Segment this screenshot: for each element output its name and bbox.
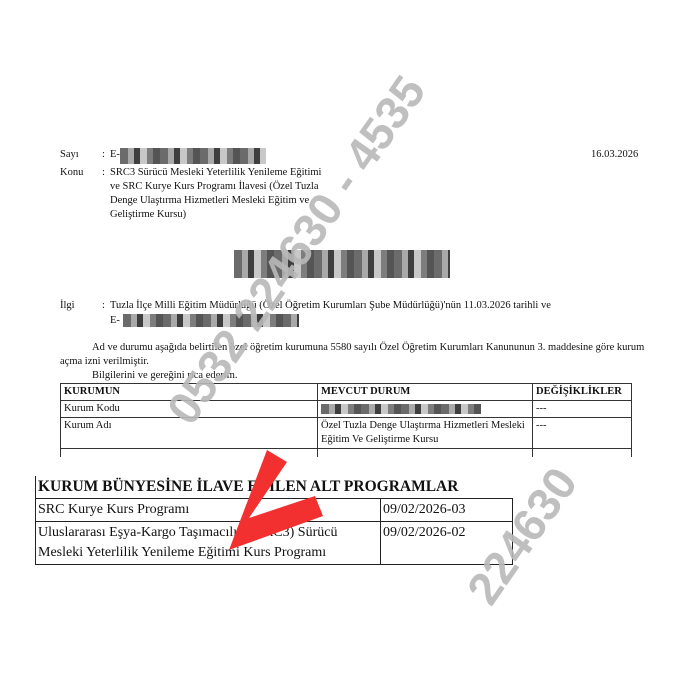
ilgi-label: İlgi: [60, 299, 102, 328]
ilgi-text: Tuzla İlçe Milli Eğitim Müdürlüğü (Özel …: [110, 299, 551, 313]
closing-paragraph: Bilgilerini ve gereğini rica ederim.: [60, 369, 650, 383]
sub-programs-title: KURUM BÜNYESİNE İLAVE EDİLEN ALT PROGRAM…: [35, 476, 516, 498]
sayi-prefix: E-: [110, 148, 120, 164]
table-row: Uluslararası Eşya-Kargo Taşımacılığı (SR…: [36, 522, 513, 565]
table-row: Kurum Kodu ---: [61, 401, 632, 418]
program-name: Uluslararası Eşya-Kargo Taşımacılığı (SR…: [36, 522, 381, 565]
document-page: Sayı : E- 16.03.2026 Konu : SRC3 Sürücü …: [0, 0, 700, 700]
program-name: SRC Kurye Kurs Programı: [36, 499, 381, 522]
program-code: 09/02/2026-02: [381, 522, 513, 565]
crop-separator: [40, 457, 670, 469]
table-header-row: KURUMUN MEVCUT DURUM DEĞİŞİKLİKLER: [61, 384, 632, 401]
body-paragraph: Ad ve durumu aşağıda belirtilen özel öğr…: [60, 341, 650, 369]
program-code: 09/02/2026-03: [381, 499, 513, 522]
ilgi-ref-prefix: E-: [110, 315, 120, 326]
sub-programs-table: SRC Kurye Kurs Programı 09/02/2026-03 Ul…: [35, 498, 513, 565]
sayi-row: Sayı : E-: [60, 148, 266, 164]
sayi-label: Sayı: [60, 148, 102, 164]
kurum-kodu-redacted: [321, 404, 481, 414]
konu-row: Konu : SRC3 Sürücü Mesleki Yeterlilik Ye…: [60, 166, 321, 222]
recipient-redacted: [234, 250, 450, 278]
sayi-redacted-value: [120, 148, 266, 164]
table-row: SRC Kurye Kurs Programı 09/02/2026-03: [36, 499, 513, 522]
ilgi-ref-redacted: [123, 314, 299, 327]
konu-text: SRC3 Sürücü Mesleki Yeterlilik Yenileme …: [110, 166, 321, 222]
institution-table: KURUMUN MEVCUT DURUM DEĞİŞİKLİKLER Kurum…: [60, 383, 632, 466]
document-date: 16.03.2026: [591, 148, 638, 162]
ilgi-row: İlgi : Tuzla İlçe Milli Eğitim Müdürlüğü…: [60, 299, 551, 328]
table-row: Kurum Adı Özel Tuzla Denge Ulaştırma Hiz…: [61, 418, 632, 449]
konu-label: Konu: [60, 166, 102, 222]
